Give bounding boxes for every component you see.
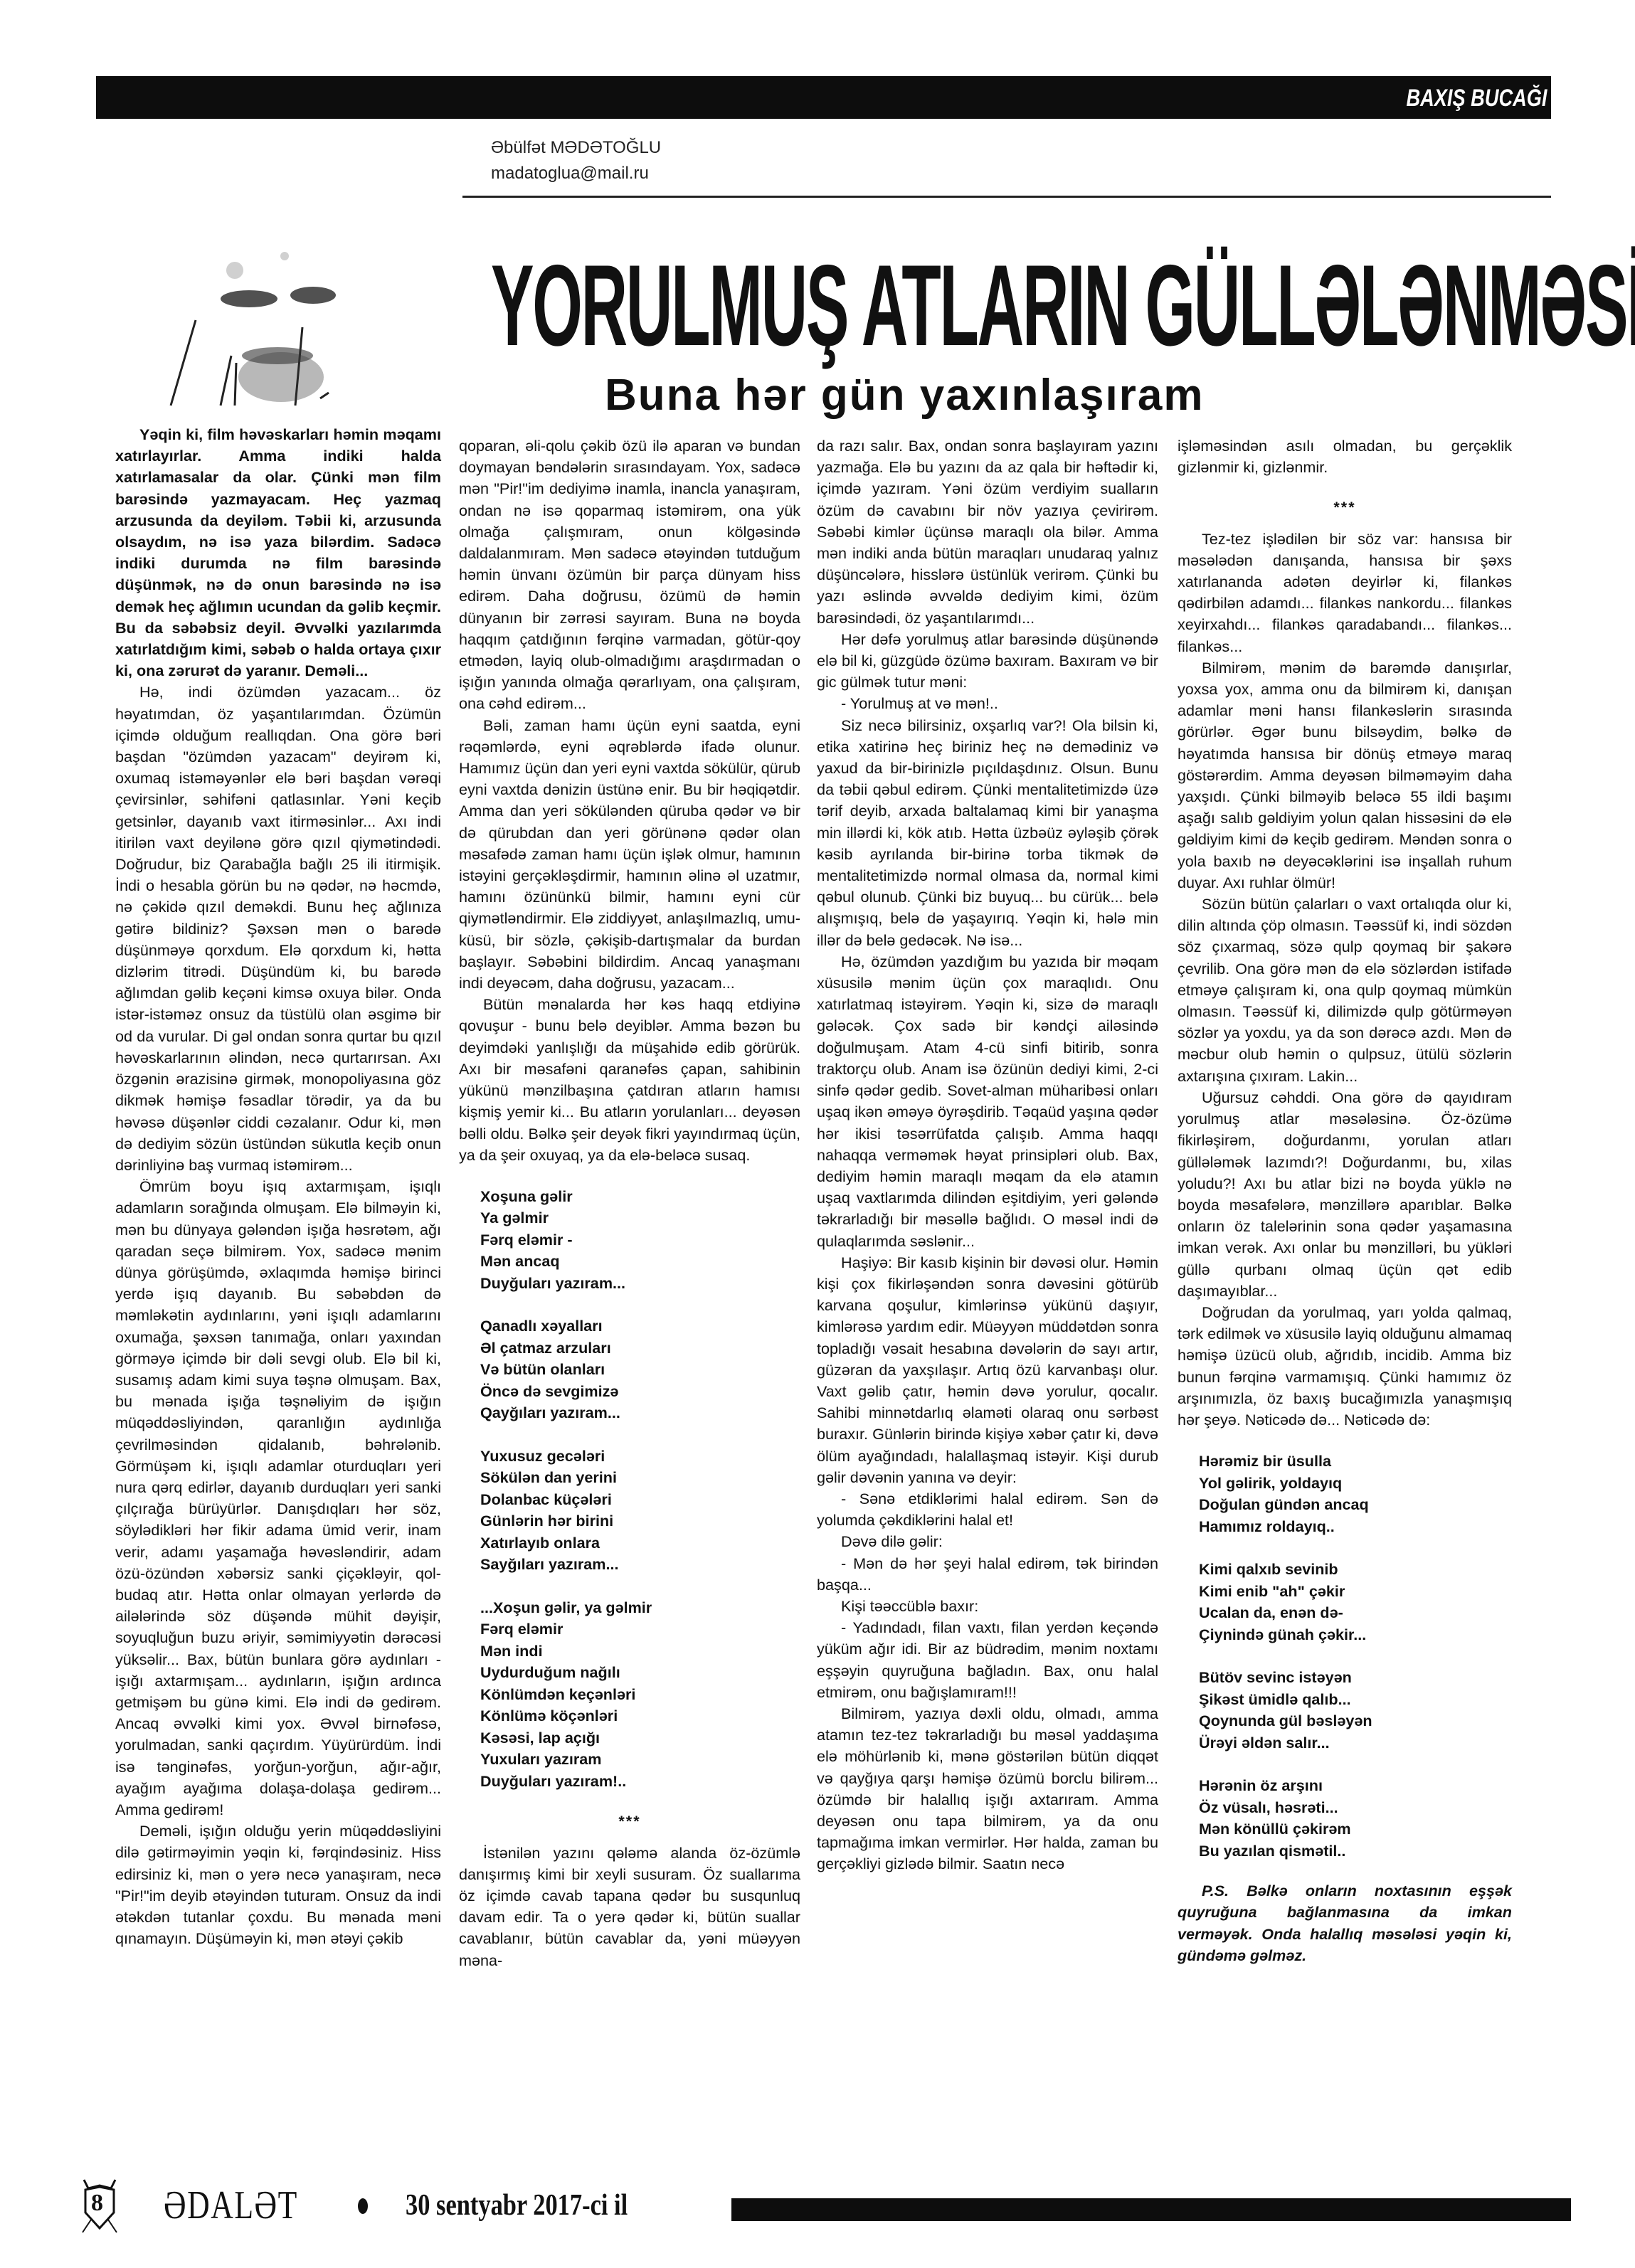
paragraph: Doğrudan da yorulmaq, yarı yolda qalmaq,… bbox=[1178, 1302, 1512, 1431]
paragraph: - Yadındadı, filan vaxtı, filan yerdən k… bbox=[817, 1617, 1158, 1703]
poem: Xoşuna gəlir Ya gəlmir Fərq eləmir - Mən… bbox=[480, 1186, 800, 1793]
poem-line: Dolanbac küçələri bbox=[480, 1489, 800, 1511]
poem-stanza: Xoşuna gəlir Ya gəlmir Fərq eləmir - Mən… bbox=[480, 1186, 800, 1295]
poem-line: Mən ancaq bbox=[480, 1251, 800, 1273]
poem-line: Yuxusuz gecələri bbox=[480, 1446, 800, 1468]
page-number: 8 bbox=[91, 2190, 103, 2217]
article-title: YORULMUŞ ATLARIN GÜLLƏLƏNMƏSİ bbox=[491, 245, 1089, 366]
poem-line: Kimi enib "ah" çəkir bbox=[1199, 1581, 1512, 1603]
column-2: qoparan, əli-qolu çəkib özü ilə aparan v… bbox=[459, 435, 800, 1971]
paragraph: - Yorulmuş at və mən!.. bbox=[817, 693, 1158, 714]
newspaper-name: ƏDALƏT bbox=[164, 2183, 298, 2228]
poem-line: Kimi qalxıb sevinib bbox=[1199, 1559, 1512, 1581]
poem-stanza: Yuxusuz gecələri Sökülən dan yerini Dola… bbox=[480, 1446, 800, 1576]
poem-stanza: Kimi qalxıb sevinib Kimi enib "ah" çəkir… bbox=[1199, 1559, 1512, 1646]
paragraph: Hər dəfə yorulmuş atlar barəsində düşünə… bbox=[817, 629, 1158, 694]
poem-line: Çiynində günah çəkir... bbox=[1199, 1624, 1512, 1646]
poem-line: Bu yazılan qismətil.. bbox=[1199, 1840, 1512, 1862]
paragraph: Deməli, işığın olduğu yerin müqəddəsliyi… bbox=[115, 1821, 441, 1949]
section-banner: BAXIŞ BUCAĞI bbox=[96, 76, 1551, 119]
poem-stanza: Hərənin öz arşını Öz vüsalı, həsrəti... … bbox=[1199, 1775, 1512, 1862]
poem-line: Bütöv sevinc istəyən bbox=[1199, 1667, 1512, 1689]
page-footer: 8 ƏDALƏT 30 sentyabr 2017-ci il bbox=[78, 2177, 1572, 2234]
author-portrait-image bbox=[142, 142, 406, 409]
poem-line: Hərənin öz arşını bbox=[1199, 1775, 1512, 1797]
poem-line: Qayğıları yazıram... bbox=[480, 1402, 800, 1424]
poem-line: Xoşuna gəlir bbox=[480, 1186, 800, 1208]
poem-line: ...Xoşun gəlir, ya gəlmir bbox=[480, 1597, 800, 1619]
paragraph: - Mən də hər şeyi halal edirəm, tək biri… bbox=[817, 1553, 1158, 1596]
paragraph: Bəli, zaman hamı üçün eyni saatda, eyni … bbox=[459, 715, 800, 995]
poem-line: Yol gəlirik, yoldayıq bbox=[1199, 1473, 1512, 1495]
section-divider: *** bbox=[459, 1811, 800, 1832]
poem-stanza: Bütöv sevinc istəyən Şikəst ümidlə qalıb… bbox=[1199, 1667, 1512, 1754]
poem-line: Qanadlı xəyalları bbox=[480, 1315, 800, 1337]
poem-line: Könlümdən keçənləri bbox=[480, 1684, 800, 1706]
paragraph: Dəvə dilə gəlir: bbox=[817, 1531, 1158, 1552]
header-rule bbox=[462, 196, 1551, 198]
poem-line: Fərq eləmir - bbox=[480, 1229, 800, 1251]
poem-line: Öncə də sevgimizə bbox=[480, 1381, 800, 1403]
paragraph: Bütün mənalarda hər kəs haqq etdiyinə qo… bbox=[459, 994, 800, 1166]
poem-line: Ya gəlmir bbox=[480, 1207, 800, 1229]
poem-line: Fərq eləmir bbox=[480, 1618, 800, 1641]
section-divider: *** bbox=[1178, 497, 1512, 518]
poem-line: Doğulan gündən ancaq bbox=[1199, 1494, 1512, 1516]
article-subtitle: Buna hər gün yaxınlaşıram bbox=[605, 370, 1204, 420]
paragraph: Siz necə bilirsiniz, oxşarlıq var?! Ola … bbox=[817, 715, 1158, 951]
paragraph: işləməsindən asılı olmadan, bu gerçəklik… bbox=[1178, 435, 1512, 478]
poem-line: Yuxuları yazıram bbox=[480, 1749, 800, 1771]
paragraph: Uğursuz cəhddi. Ona görə də qayıdıram yo… bbox=[1178, 1087, 1512, 1302]
paragraph: Haşiyə: Bir kasıb kişinin bir dəvəsi olu… bbox=[817, 1252, 1158, 1488]
paragraph: Ömrüm boyu işıq axtarmışam, işıqlı adaml… bbox=[115, 1176, 441, 1821]
poem-stanza: Qanadlı xəyalları Əl çatmaz arzuları Və … bbox=[480, 1315, 800, 1424]
column-3: da razı salır. Bax, ondan sonra başlayır… bbox=[817, 435, 1158, 1875]
poem-line: Mən indi bbox=[480, 1641, 800, 1663]
poem-line: Sayğıları yazıram... bbox=[480, 1554, 800, 1576]
poem-line: Şikəst ümidlə qalıb... bbox=[1199, 1689, 1512, 1711]
paragraph: Bilmirəm, yazıya dəxli oldu, olmadı, amm… bbox=[817, 1703, 1158, 1875]
poem-line: Duyğuları yazıram!.. bbox=[480, 1771, 800, 1793]
bullet-separator bbox=[358, 2198, 368, 2214]
poem-stanza: Hərəmiz bir üsulla Yol gəlirik, yoldayıq… bbox=[1199, 1451, 1512, 1537]
poem-line: Əl çatmaz arzuları bbox=[480, 1337, 800, 1360]
column-4: işləməsindən asılı olmadan, bu gerçəklik… bbox=[1178, 435, 1512, 1966]
poem-line: Uydurduğum nağılı bbox=[480, 1662, 800, 1684]
poem-line: Hamımız roldayıq.. bbox=[1199, 1516, 1512, 1538]
poem-line: Günlərin hər birini bbox=[480, 1510, 800, 1532]
poem-line: Könlümə köçənləri bbox=[480, 1705, 800, 1727]
postscript: P.S. Bəlkə onların noxtasının eşşək quyr… bbox=[1178, 1880, 1512, 1966]
poem-line: Ucalan da, enən də- bbox=[1199, 1602, 1512, 1624]
poem-line: Duyğuları yazıram... bbox=[480, 1273, 800, 1295]
poem-line: Qoynunda gül bəsləyən bbox=[1199, 1710, 1512, 1732]
paragraph: Bilmirəm, mənim də barəmdə danışırlar, y… bbox=[1178, 657, 1512, 894]
poem-line: Ürəyi əldən salır... bbox=[1199, 1732, 1512, 1754]
poem-line: Kəsəsi, lap açığı bbox=[480, 1727, 800, 1749]
paragraph: Hə, indi özümdən yazacam... öz həyatımda… bbox=[115, 682, 441, 1176]
poem-line: Sökülən dan yerini bbox=[480, 1467, 800, 1489]
paragraph: - Sənə etdiklərimi halal edirəm. Sən də … bbox=[817, 1488, 1158, 1531]
footer-bar bbox=[731, 2198, 1571, 2221]
paragraph: Sözün bütün çalarları o vaxt ortalıqda o… bbox=[1178, 894, 1512, 1087]
paragraph: Kişi təəccüblə baxır: bbox=[817, 1596, 1158, 1617]
poem-line: Öz vüsalı, həsrəti... bbox=[1199, 1797, 1512, 1819]
poem-line: Xatırlayıb onlara bbox=[480, 1532, 800, 1554]
poem-line: Hərəmiz bir üsulla bbox=[1199, 1451, 1512, 1473]
paragraph: Yəqin ki, film həvəskarları həmin məqamı… bbox=[115, 424, 441, 682]
poem: Hərəmiz bir üsulla Yol gəlirik, yoldayıq… bbox=[1199, 1451, 1512, 1862]
paragraph: da razı salır. Bax, ondan sonra başlayır… bbox=[817, 435, 1158, 629]
poem-line: Və bütün olanları bbox=[480, 1359, 800, 1381]
author-email[interactable]: madatoglua@mail.ru bbox=[491, 161, 661, 186]
section-label: BAXIŞ BUCAĞI bbox=[1406, 85, 1547, 112]
author-name: Əbülfət MƏDƏTOĞLU bbox=[491, 135, 661, 161]
paragraph: İstənilən yazını qələmə alanda öz-özümlə… bbox=[459, 1843, 800, 1971]
issue-date: 30 sentyabr 2017-ci il bbox=[406, 2188, 628, 2222]
byline: Əbülfət MƏDƏTOĞLU madatoglua@mail.ru bbox=[491, 135, 661, 186]
column-1: Yəqin ki, film həvəskarları həmin məqamı… bbox=[115, 424, 441, 1949]
paragraph: Hə, özümdən yazdığım bu yazıda bir məqam… bbox=[817, 951, 1158, 1252]
paragraph: qoparan, əli-qolu çəkib özü ilə aparan v… bbox=[459, 435, 800, 715]
poem-stanza: ...Xoşun gəlir, ya gəlmir Fərq eləmir Mə… bbox=[480, 1597, 800, 1793]
paragraph: Tez-tez işlədilən bir söz var: hansısa b… bbox=[1178, 529, 1512, 657]
poem-line: Mən könüllü çəkirəm bbox=[1199, 1818, 1512, 1840]
